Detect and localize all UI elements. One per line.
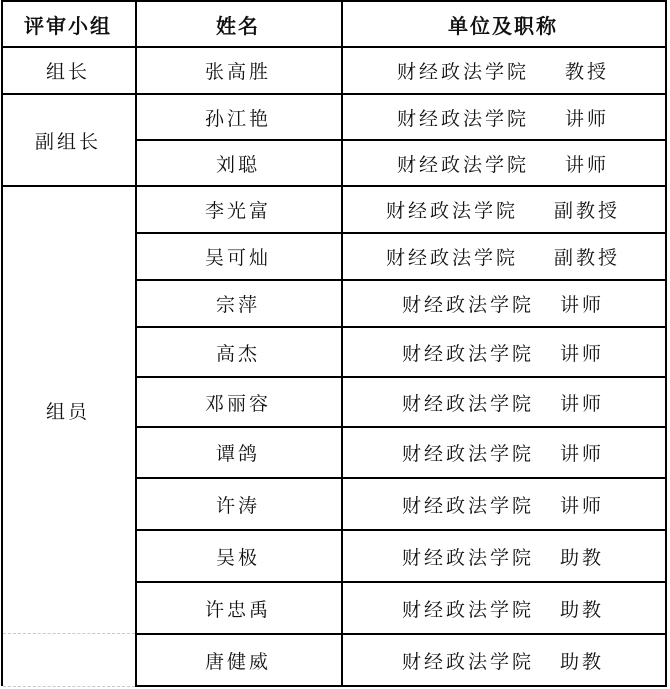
header-group: 评审小组 (1, 2, 135, 46)
department: 财经政法学院 (397, 104, 529, 131)
department: 财经政法学院 (402, 543, 534, 570)
unit-cell: 财经政法学院教授 (341, 48, 665, 93)
unit-cell: 财经政法学院助教 (341, 531, 665, 581)
name-cell: 高杰 (135, 328, 341, 376)
department: 财经政法学院 (402, 647, 534, 674)
department: 财经政法学院 (397, 57, 529, 84)
group-deputy: 副组长 (1, 95, 135, 185)
job-title: 讲师 (560, 339, 604, 366)
job-title: 讲师 (565, 150, 609, 177)
name-cell: 吴极 (135, 531, 341, 581)
job-title: 教授 (565, 57, 609, 84)
unit-cell: 财经政法学院副教授 (341, 187, 665, 232)
department: 财经政法学院 (397, 150, 529, 177)
dashed-divider (3, 633, 135, 634)
name-cell: 宗萍 (135, 281, 341, 326)
department: 财经政法学院 (402, 439, 534, 466)
name-cell: 谭鸽 (135, 428, 341, 477)
header-name: 姓名 (135, 2, 341, 46)
group-leader: 组长 (1, 48, 135, 93)
department: 财经政法学院 (402, 389, 534, 416)
department: 财经政法学院 (402, 290, 534, 317)
job-title: 讲师 (560, 491, 604, 518)
unit-cell: 财经政法学院讲师 (341, 281, 665, 326)
department: 财经政法学院 (386, 243, 518, 270)
group-member: 组员 (1, 187, 135, 633)
job-title: 讲师 (560, 389, 604, 416)
unit-cell: 财经政法学院讲师 (341, 95, 665, 139)
name-cell: 唐健威 (135, 635, 341, 685)
unit-cell: 财经政法学院副教授 (341, 234, 665, 279)
name-cell: 孙江艳 (135, 95, 341, 139)
unit-cell: 财经政法学院助教 (341, 583, 665, 633)
unit-cell: 财经政法学院讲师 (341, 328, 665, 376)
name-cell: 刘聪 (135, 141, 341, 185)
border-bottom (135, 685, 667, 687)
unit-cell: 财经政法学院助教 (341, 635, 665, 685)
department: 财经政法学院 (402, 491, 534, 518)
border-right (665, 0, 667, 686)
department: 财经政法学院 (402, 595, 534, 622)
job-title: 助教 (560, 647, 604, 674)
job-title: 助教 (560, 543, 604, 570)
dashed-bottom (3, 686, 135, 687)
name-cell: 吴可灿 (135, 234, 341, 279)
job-title: 副教授 (554, 243, 620, 270)
unit-cell: 财经政法学院讲师 (341, 378, 665, 426)
name-cell: 许忠禹 (135, 583, 341, 633)
job-title: 讲师 (560, 290, 604, 317)
job-title: 讲师 (565, 104, 609, 131)
job-title: 助教 (560, 595, 604, 622)
name-cell: 李光富 (135, 187, 341, 232)
review-panel-table: 评审小组 姓名 单位及职称 组长 副组长 组员 张高胜 孙江艳 刘聪 李光富 吴… (1, 0, 667, 687)
department: 财经政法学院 (386, 196, 518, 223)
department: 财经政法学院 (402, 339, 534, 366)
unit-cell: 财经政法学院讲师 (341, 428, 665, 477)
unit-cell: 财经政法学院讲师 (341, 479, 665, 529)
unit-cell: 财经政法学院讲师 (341, 141, 665, 185)
header-unit: 单位及职称 (341, 2, 665, 46)
name-cell: 许涛 (135, 479, 341, 529)
job-title: 副教授 (554, 196, 620, 223)
name-cell: 张高胜 (135, 48, 341, 93)
job-title: 讲师 (560, 439, 604, 466)
name-cell: 邓丽容 (135, 378, 341, 426)
